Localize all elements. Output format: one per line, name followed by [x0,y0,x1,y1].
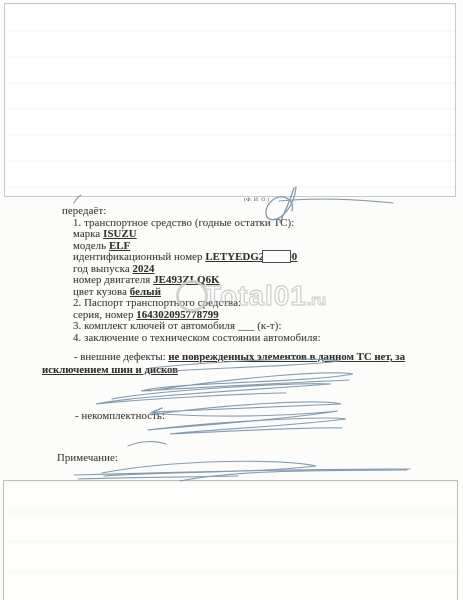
color-label: цвет кузова [73,286,127,298]
year-line: год выпуска 2024 [73,263,155,275]
model-value: ELF [109,240,130,252]
defects-paragraph: - внешние дефекты: не поврежденных элеме… [42,351,460,376]
scanned-document-page: (Ф. И. О.) передаёт: 1. транспортное сре… [0,0,463,600]
year-label: год выпуска [73,263,130,275]
vin-label: идентификационный номер [73,251,203,263]
pen-scribble [128,442,166,446]
fio-caption: (Ф. И. О.) [244,197,269,203]
series-line: серия, номер 164302095778799 [73,309,219,321]
condition-heading: 4. заключение о техническом состоянии ав… [73,332,321,344]
color-line: цвет кузова белый [73,286,161,298]
engine-line: номер двигателя JE493ZLQ6K [73,274,220,286]
engine-label: номер двигателя [73,274,150,286]
defects-label: - внешние дефекты: [74,351,166,363]
redacted-region-bottom [3,480,458,600]
vin-redaction-box [262,250,291,263]
watermark-suffix: .ru [307,292,326,309]
handover-label: передаёт: [62,205,106,217]
note-label: Примечание: [57,452,118,464]
engine-value: JE493ZLQ6K [153,274,219,286]
brand-label: марка [73,228,100,240]
redacted-region-top [4,3,456,197]
year-value: 2024 [133,263,155,275]
pen-scribble [152,402,341,414]
brand-line: марка ISUZU [73,228,137,240]
model-label: модель [73,240,106,252]
vehicle-item-heading: 1. транспортное средство (годные остатки… [73,217,294,229]
pen-scribble [148,411,338,430]
model-line: модель ELF [73,240,130,252]
pen-scribble [74,469,410,475]
keys-line: 3. комплект ключей от автомобиля ___ (к-… [73,320,282,332]
pen-scribble [78,476,238,479]
passport-heading: 2. Паспорт транспортного средства: [73,297,241,309]
pen-scribble [102,461,316,476]
incompleteness-label: - некомплектность: [75,410,165,422]
series-label: серия, номер [73,309,133,321]
color-value: белый [130,286,161,298]
pen-scribble [148,418,346,434]
pen-scribble [96,384,331,404]
signature-flourish [279,199,393,203]
brand-value: ISUZU [103,228,137,240]
series-value: 164302095778799 [136,309,218,321]
